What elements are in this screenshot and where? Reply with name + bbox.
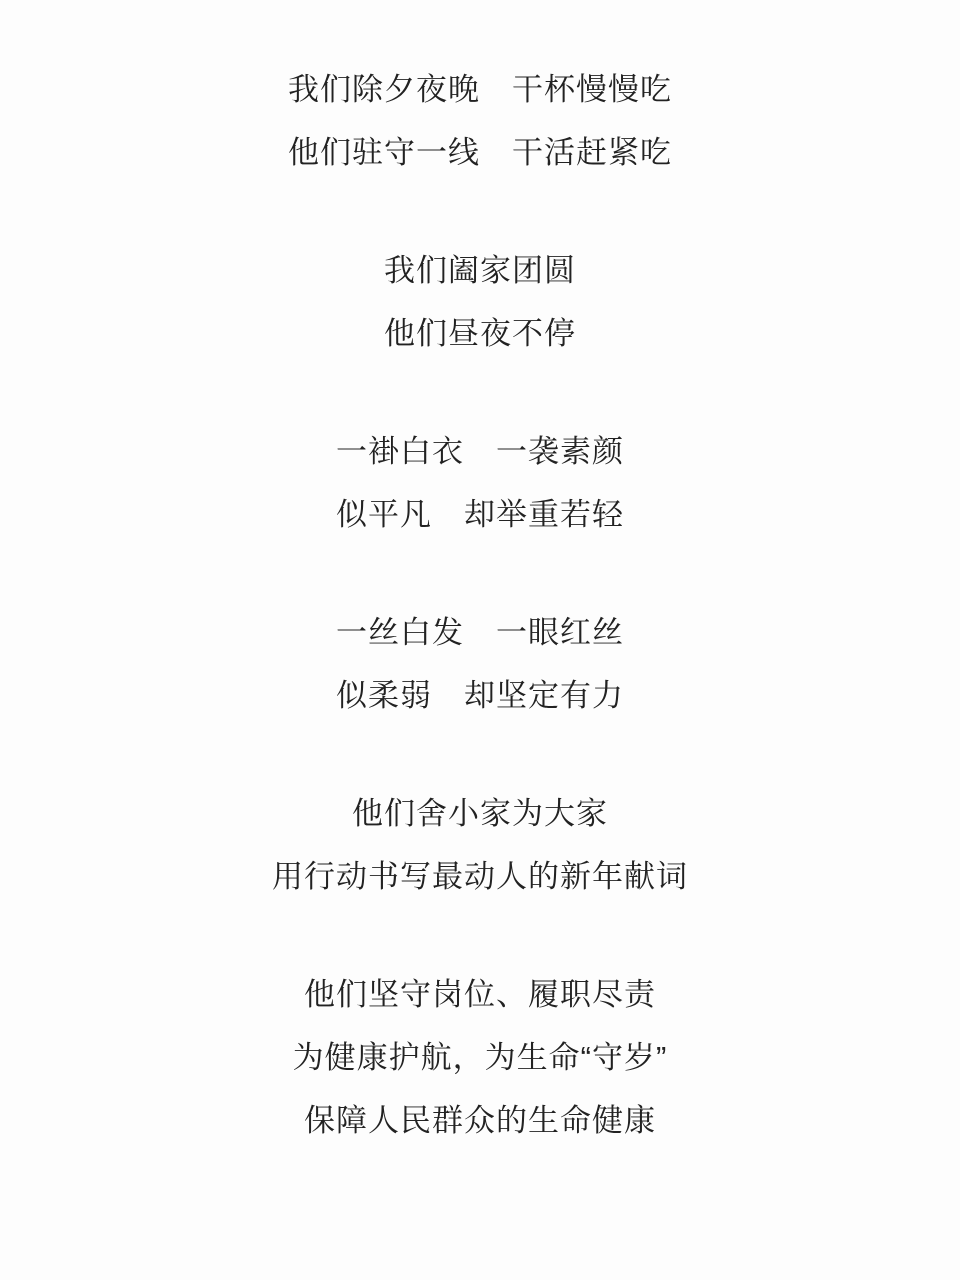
poem-line: 用行动书写最动人的新年献词 bbox=[0, 845, 960, 908]
poem-line: 他们舍小家为大家 bbox=[0, 782, 960, 845]
poem-line: 他们驻守一线 干活赶紧吃 bbox=[0, 121, 960, 184]
poem-line: 他们坚守岗位、履职尽责 bbox=[0, 963, 960, 1026]
poem-line: 他们昼夜不停 bbox=[0, 302, 960, 365]
poem-page: 我们除夕夜晚 干杯慢慢吃 他们驻守一线 干活赶紧吃 我们阖家团圆 他们昼夜不停 … bbox=[0, 0, 960, 1280]
poem-line: 我们阖家团圆 bbox=[0, 239, 960, 302]
stanza-6: 他们坚守岗位、履职尽责 为健康护航，为生命“守岁” 保障人民群众的生命健康 bbox=[0, 963, 960, 1152]
poem-line: 我们除夕夜晚 干杯慢慢吃 bbox=[0, 58, 960, 121]
stanza-1: 我们除夕夜晚 干杯慢慢吃 他们驻守一线 干活赶紧吃 bbox=[0, 58, 960, 184]
poem: 我们除夕夜晚 干杯慢慢吃 他们驻守一线 干活赶紧吃 我们阖家团圆 他们昼夜不停 … bbox=[0, 0, 960, 1152]
poem-line: 似柔弱 却坚定有力 bbox=[0, 664, 960, 727]
poem-line: 保障人民群众的生命健康 bbox=[0, 1089, 960, 1152]
stanza-4: 一丝白发 一眼红丝 似柔弱 却坚定有力 bbox=[0, 601, 960, 727]
stanza-2: 我们阖家团圆 他们昼夜不停 bbox=[0, 239, 960, 365]
poem-line: 似平凡 却举重若轻 bbox=[0, 483, 960, 546]
poem-line: 一丝白发 一眼红丝 bbox=[0, 601, 960, 664]
poem-line: 一褂白衣 一袭素颜 bbox=[0, 420, 960, 483]
poem-line: 为健康护航，为生命“守岁” bbox=[0, 1026, 960, 1089]
stanza-5: 他们舍小家为大家 用行动书写最动人的新年献词 bbox=[0, 782, 960, 908]
stanza-3: 一褂白衣 一袭素颜 似平凡 却举重若轻 bbox=[0, 420, 960, 546]
